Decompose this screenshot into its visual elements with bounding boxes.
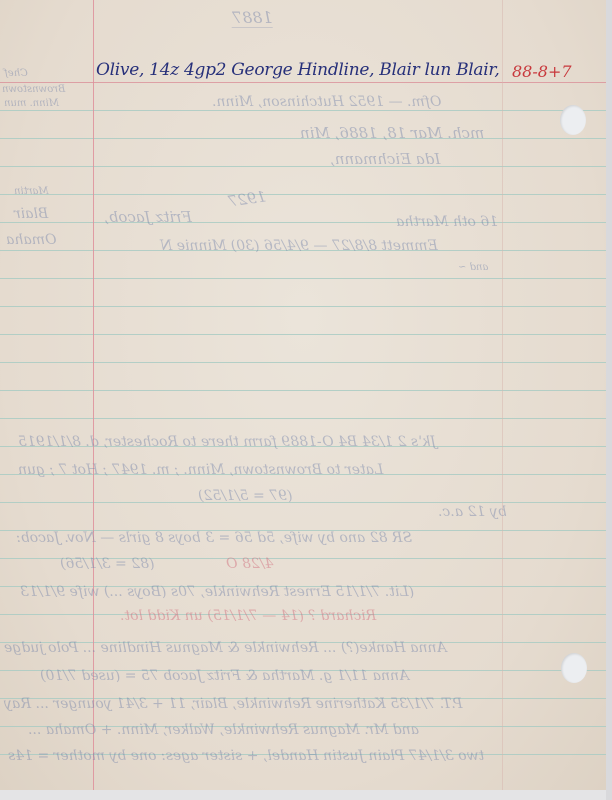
bleed-line: 16 oth Martha	[396, 214, 498, 230]
bleed-line: Richard ? (14 — 7/1/15) un Kidd lot.	[120, 608, 376, 624]
rule-line	[0, 390, 606, 391]
bleed-year: 1887	[232, 8, 273, 28]
rule-line	[0, 278, 606, 279]
bleed-line: (Lit. 7/1/15 Ernest Rehwinkle, 70s (Boys…	[20, 584, 414, 600]
rule-line	[0, 306, 606, 307]
bleed-margin-note: Blair	[14, 206, 48, 222]
notebook-page: 1887 Chef Brownstown Minn. mun Martin Bl…	[0, 0, 606, 790]
bleed-line: (82 = 3/1/56)	[60, 556, 154, 572]
bleed-margin-note: Martin	[14, 186, 49, 197]
bleed-line: 1927	[227, 187, 267, 210]
binder-hole	[560, 105, 586, 135]
bleed-line: mch. Mar 18, 1886, Min	[300, 124, 484, 142]
bleed-line: Ofm. — 1952 Hutchinson, Minn.	[212, 94, 441, 110]
rule-line	[0, 194, 606, 195]
rule-line	[0, 110, 606, 111]
bleed-line: Ida Eichmann,	[330, 150, 440, 168]
rule-line	[0, 166, 606, 167]
bleed-margin-note: Omaha	[6, 232, 56, 248]
bleed-margin-note: Brownstown	[2, 84, 65, 95]
binder-hole	[561, 653, 587, 683]
bleed-line: P.T. 7/1/35 Katherine Rehwinkle, Blair, …	[4, 696, 463, 712]
bleed-line: by 12 a.c.	[438, 504, 507, 520]
right-margin-line	[502, 0, 503, 790]
bleed-line: Anna 11/1 g. Martha & Fritz Jacob 75 = (…	[40, 668, 409, 684]
bleed-margin-note: Minn. mun	[4, 98, 59, 109]
bleed-line: Later to Brownstown, Minn. ; m. 1947 ; H…	[18, 462, 383, 478]
rule-line	[0, 222, 606, 223]
bleed-margin-note: Chef	[4, 68, 28, 79]
bleed-line: Emmett 8/8/27 — 9/4/56 (30) Minnie N	[160, 238, 438, 254]
bleed-line: two 3/1/47 Plain Justin Handel, + sister…	[8, 748, 484, 764]
bleed-line: Jk's 2 1/34 B4 O-1889 farm there to Roch…	[18, 434, 436, 450]
bleed-line: SR 82 ano by wife, 5d 56 = 3 boys 8 girl…	[16, 530, 412, 546]
bleed-line: and Mr. Magnus Rehwinkle, Walker, Minn. …	[28, 722, 419, 738]
bleed-line: Anna Hanke(?) ... Rehwinkle & Magnus Hin…	[4, 640, 447, 656]
top-margin-rule	[0, 82, 606, 83]
rule-line	[0, 502, 606, 503]
bleed-line: 4/28 O	[226, 556, 273, 572]
red-annotation: 88-8+7	[512, 62, 572, 81]
rule-line	[0, 362, 606, 363]
scan-edge	[606, 0, 612, 800]
bleed-line: and ~	[458, 262, 488, 273]
rule-line	[0, 334, 606, 335]
bleed-line: Fritz Jacob,	[104, 208, 192, 226]
rule-line	[0, 418, 606, 419]
header-handwritten-line: Olive, 14z 4gp2 George Hindline, Blair l…	[96, 60, 499, 80]
bleed-line: (97 = 5/1/52)	[198, 488, 292, 504]
